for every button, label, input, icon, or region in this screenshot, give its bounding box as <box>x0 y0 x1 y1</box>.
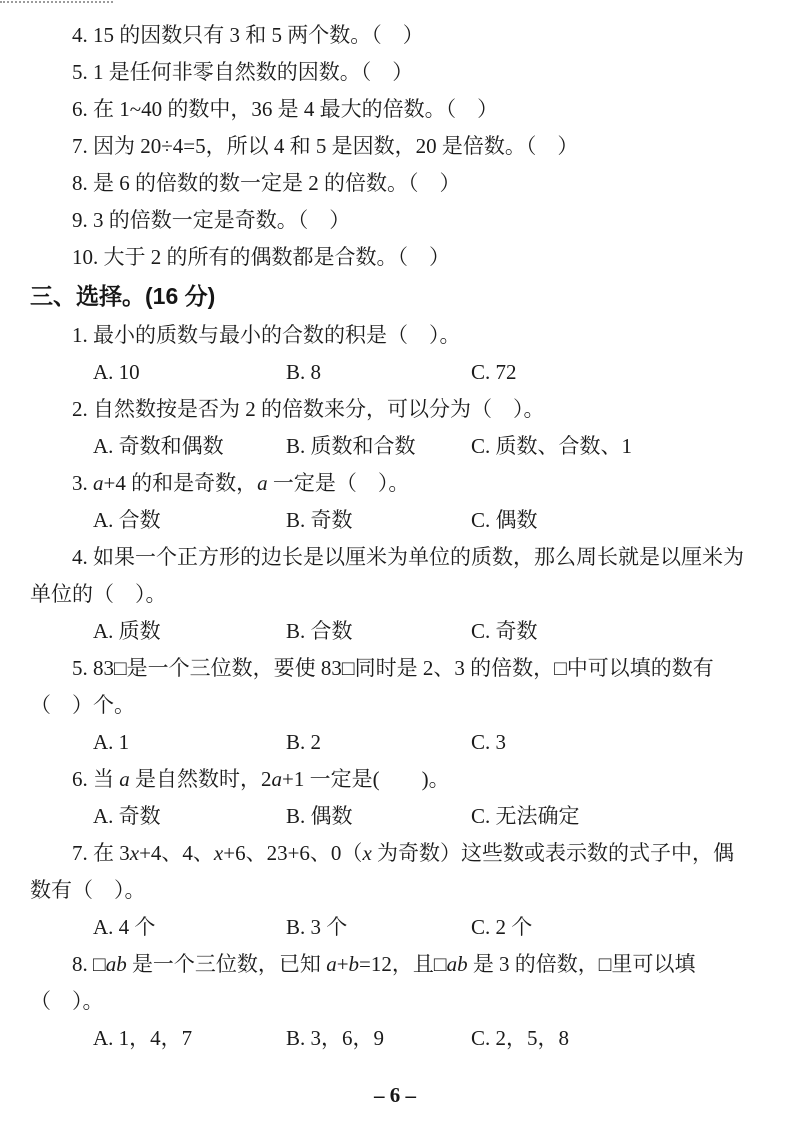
option-c: C. 2 个 <box>471 909 750 946</box>
option-b: B. 偶数 <box>286 798 471 835</box>
tf-item-5: 5. 1 是任何非零自然数的因数。（ ） <box>30 54 750 91</box>
option-c: C. 2，5，8 <box>471 1020 750 1057</box>
options-row: A. 10 B. 8 C. 72 <box>30 354 750 391</box>
option-c: C. 无法确定 <box>471 798 750 835</box>
true-false-section: 4. 15 的因数只有 3 和 5 两个数。（ ） 5. 1 是任何非零自然数的… <box>30 17 750 276</box>
options-row: A. 1，4，7 B. 3，6，9 C. 2，5，8 <box>30 1020 750 1057</box>
tf-item-10: 10. 大于 2 的所有的偶数都是合数。（ ） <box>30 239 750 276</box>
choice-question-2: 2. 自然数按是否为 2 的倍数来分，可以分为（ ）。 A. 奇数和偶数 B. … <box>30 391 750 465</box>
question-text: 3. a+4 的和是奇数，a 一定是（ ）。 <box>30 465 750 502</box>
tf-item-8: 8. 是 6 的倍数的数一定是 2 的倍数。（ ） <box>30 165 750 202</box>
option-c: C. 72 <box>471 354 750 391</box>
tf-item-9: 9. 3 的倍数一定是奇数。（ ） <box>30 202 750 239</box>
question-text: 5. 83□是一个三位数，要使 83□同时是 2、3 的倍数，□中可以填的数有（… <box>30 650 750 724</box>
options-row: A. 奇数和偶数 B. 质数和合数 C. 质数、合数、1 <box>30 428 750 465</box>
options-row: A. 合数 B. 奇数 C. 偶数 <box>30 502 750 539</box>
options-row: A. 质数 B. 合数 C. 奇数 <box>30 613 750 650</box>
options-row: A. 4 个 B. 3 个 C. 2 个 <box>30 909 750 946</box>
page-number: – 6 – <box>0 1083 790 1107</box>
option-a: A. 奇数 <box>93 798 286 835</box>
page-edge-dotted-line <box>0 1 113 3</box>
option-b: B. 合数 <box>286 613 471 650</box>
question-text: 7. 在 3x+4、4、x+6、23+6、0（x 为奇数）这些数或表示数的式子中… <box>30 835 750 909</box>
option-a: A. 4 个 <box>93 909 286 946</box>
options-row: A. 奇数 B. 偶数 C. 无法确定 <box>30 798 750 835</box>
choice-question-7: 7. 在 3x+4、4、x+6、23+6、0（x 为奇数）这些数或表示数的式子中… <box>30 835 750 946</box>
question-text: 2. 自然数按是否为 2 的倍数来分，可以分为（ ）。 <box>30 391 750 428</box>
option-c: C. 奇数 <box>471 613 750 650</box>
question-text: 6. 当 a 是自然数时，2a+1 一定是( )。 <box>30 761 750 798</box>
option-b: B. 奇数 <box>286 502 471 539</box>
option-b: B. 3 个 <box>286 909 471 946</box>
tf-item-7: 7. 因为 20÷4=5，所以 4 和 5 是因数，20 是倍数。（ ） <box>30 128 750 165</box>
choice-question-3: 3. a+4 的和是奇数，a 一定是（ ）。 A. 合数 B. 奇数 C. 偶数 <box>30 465 750 539</box>
option-a: A. 合数 <box>93 502 286 539</box>
section-heading: 三、选择。(16 分) <box>30 276 750 317</box>
option-a: A. 质数 <box>93 613 286 650</box>
choice-question-4: 4. 如果一个正方形的边长是以厘米为单位的质数，那么周长就是以厘米为单位的（ ）… <box>30 539 750 650</box>
option-c: C. 偶数 <box>471 502 750 539</box>
option-a: A. 1 <box>93 724 286 761</box>
option-c: C. 3 <box>471 724 750 761</box>
option-a: A. 奇数和偶数 <box>93 428 286 465</box>
tf-item-6: 6. 在 1~40 的数中，36 是 4 最大的倍数。（ ） <box>30 91 750 128</box>
option-a: A. 10 <box>93 354 286 391</box>
option-b: B. 8 <box>286 354 471 391</box>
option-c: C. 质数、合数、1 <box>471 428 750 465</box>
choice-question-8: 8. □ab 是一个三位数，已知 a+b=12，且□ab 是 3 的倍数，□里可… <box>30 946 750 1057</box>
question-text: 8. □ab 是一个三位数，已知 a+b=12，且□ab 是 3 的倍数，□里可… <box>30 946 750 1020</box>
choice-question-5: 5. 83□是一个三位数，要使 83□同时是 2、3 的倍数，□中可以填的数有（… <box>30 650 750 761</box>
choice-question-6: 6. 当 a 是自然数时，2a+1 一定是( )。 A. 奇数 B. 偶数 C.… <box>30 761 750 835</box>
option-b: B. 2 <box>286 724 471 761</box>
option-a: A. 1，4，7 <box>93 1020 286 1057</box>
choice-question-1: 1. 最小的质数与最小的合数的积是（ ）。 A. 10 B. 8 C. 72 <box>30 317 750 391</box>
question-text: 4. 如果一个正方形的边长是以厘米为单位的质数，那么周长就是以厘米为单位的（ ）… <box>30 539 750 613</box>
question-text: 1. 最小的质数与最小的合数的积是（ ）。 <box>30 317 750 354</box>
worksheet-page: 4. 15 的因数只有 3 和 5 两个数。（ ） 5. 1 是任何非零自然数的… <box>0 0 790 1121</box>
content-area: 4. 15 的因数只有 3 和 5 两个数。（ ） 5. 1 是任何非零自然数的… <box>30 17 750 1057</box>
options-row: A. 1 B. 2 C. 3 <box>30 724 750 761</box>
option-b: B. 3，6，9 <box>286 1020 471 1057</box>
option-b: B. 质数和合数 <box>286 428 471 465</box>
choice-section: 1. 最小的质数与最小的合数的积是（ ）。 A. 10 B. 8 C. 72 2… <box>30 317 750 1057</box>
tf-item-4: 4. 15 的因数只有 3 和 5 两个数。（ ） <box>30 17 750 54</box>
